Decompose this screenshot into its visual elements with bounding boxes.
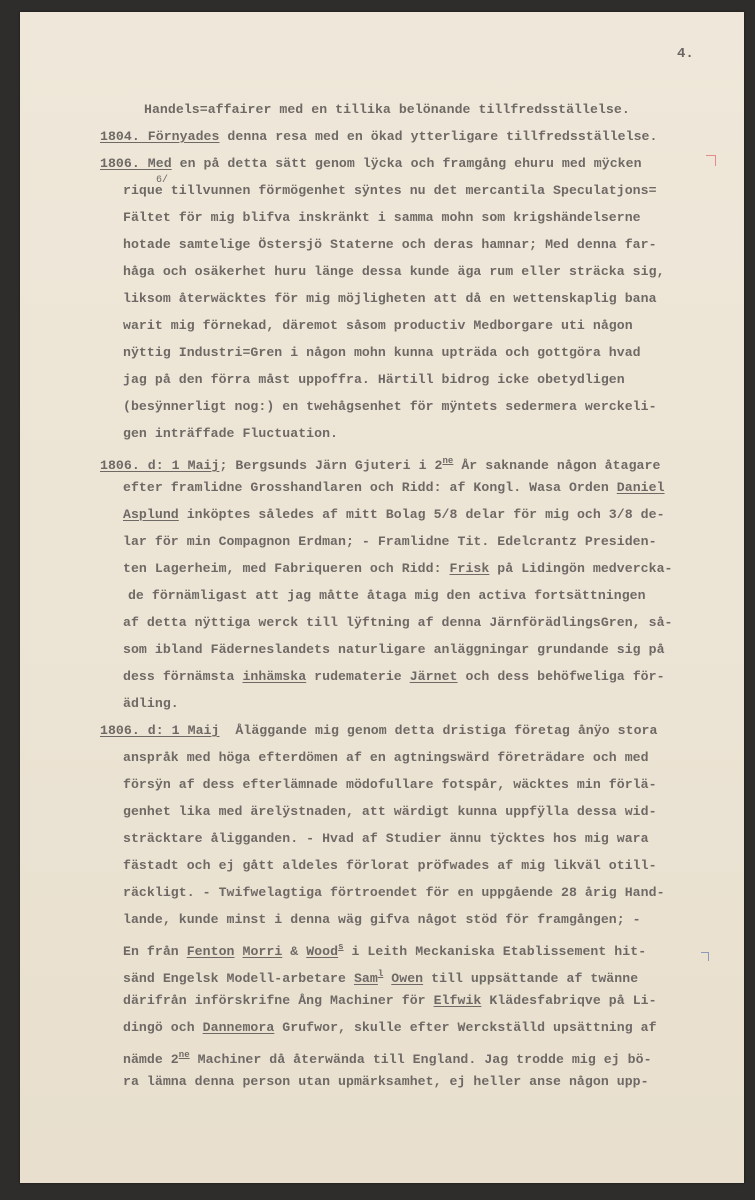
text-line: räckligt. - Twifwelagtiga förtroendet fö…	[123, 885, 665, 901]
text-line: lande, kunde minst i denna wäg gifva någ…	[123, 912, 641, 928]
text-segment: Machiner då återwända till England. Jag …	[190, 1052, 652, 1067]
text-segment: rudematerie	[306, 669, 410, 684]
text-line: nämde 2ne Machiner då återwända till Eng…	[123, 1047, 652, 1068]
underlined-text: Morri	[242, 944, 282, 959]
text-segment: en på detta sätt genom lÿcka och framgån…	[172, 156, 642, 171]
text-segment: lande, kunde minst i denna wäg gifva någ…	[123, 912, 641, 927]
text-segment: som ibland Fäderneslandets naturligare a…	[123, 642, 665, 657]
fraction-annotation: 6/	[156, 175, 168, 186]
text-line: Asplund inköptes således af mitt Bolag 5…	[123, 507, 665, 523]
text-segment: hotade samtelige Östersjö Staterne och d…	[123, 237, 657, 252]
text-line: hotade samtelige Östersjö Staterne och d…	[123, 237, 657, 253]
text-line: rique tillvunnen förmögenhet sÿntes nu d…	[123, 183, 657, 199]
text-segment: håga och osäkerhet huru länge dessa kund…	[123, 264, 665, 279]
text-segment: anspråk med höga efterdömen af en agtnin…	[123, 750, 649, 765]
text-line: 1804. Förnyades denna resa med en ökad y…	[100, 129, 657, 145]
text-segment: i Leith Meckaniska Etablissement hit-	[344, 944, 647, 959]
text-segment: Klädesfabriqve på Li-	[481, 993, 656, 1008]
text-line: gen inträffade Fluctuation.	[123, 426, 338, 442]
text-line: 1806. d: 1 Maij; Bergsunds Järn Gjuteri …	[100, 453, 660, 474]
text-segment: År saknande någon åtagare	[453, 458, 660, 473]
document-page: 4. Handels=affairer med en tillika belön…	[20, 12, 744, 1183]
text-line: dingö och Dannemora Grufwor, skulle efte…	[123, 1020, 657, 1036]
underlined-text: Frisk	[450, 561, 490, 576]
underlined-text: 1804. Förnyades	[100, 129, 219, 144]
text-line: genhet lika med ärelÿstnaden, att wärdig…	[123, 804, 657, 820]
text-line: nÿttig Industri=Gren i någon mohn kunna …	[123, 345, 641, 361]
underlined-text: Daniel	[617, 480, 665, 495]
text-segment: jag på den förra måst uppoffra. Härtill …	[123, 372, 625, 387]
text-line: de förnämligast att jag måtte åtaga mig …	[120, 588, 646, 604]
underlined-text: Wood	[306, 944, 338, 959]
text-line: Fältet för mig blifva inskränkt i samma …	[123, 210, 641, 226]
text-segment: därifrån införskrifne Ång Machiner för	[123, 993, 434, 1008]
text-segment: dess förnämsta	[123, 669, 242, 684]
text-segment: denna resa med en ökad ytterligare tillf…	[219, 129, 657, 144]
text-segment: En från	[123, 944, 187, 959]
underlined-text: 1806. d: 1 Maij	[100, 458, 219, 473]
text-segment: försÿn af dess efterlämnade mödofullare …	[123, 777, 657, 792]
text-segment: nÿttig Industri=Gren i någon mohn kunna …	[123, 345, 641, 360]
text-segment: sträcktare åligganden. - Hvad af Studier…	[123, 831, 649, 846]
text-line: liksom återwäcktes för mig möjligheten a…	[123, 291, 657, 307]
text-line: fästadt och ej gått aldeles förlorat prö…	[123, 858, 657, 874]
text-segment: af detta nÿttiga werck till lÿftning af …	[123, 615, 673, 630]
text-segment: warit mig förnekad, däremot såsom produc…	[123, 318, 633, 333]
underlined-text: inhämska	[242, 669, 306, 684]
superscript-text: ne	[442, 456, 453, 466]
superscript-text: ne	[179, 1050, 190, 1060]
text-line: lar för min Compagnon Erdman; - Framlidn…	[123, 534, 657, 550]
text-line: därifrån införskrifne Ång Machiner för E…	[123, 993, 657, 1009]
text-segment: (besÿnnerligt nog:) en twehågsenhet för …	[123, 399, 657, 414]
text-line: efter framlidne Grosshandlaren och Ridd:…	[123, 480, 665, 496]
text-segment: Åläggande mig genom detta dristiga föret…	[219, 723, 657, 738]
text-segment: Fältet för mig blifva inskränkt i samma …	[123, 210, 641, 225]
text-line: En från Fenton Morri & Woods i Leith Mec…	[123, 939, 646, 960]
underlined-text: Owen	[391, 971, 423, 986]
text-line: Handels=affairer med en tillika belönand…	[144, 102, 630, 118]
text-line: af detta nÿttiga werck till lÿftning af …	[123, 615, 673, 631]
underlined-text: 1806. Med	[100, 156, 172, 171]
text-segment: räckligt. - Twifwelagtiga förtroendet fö…	[123, 885, 665, 900]
text-line: ten Lagerheim, med Fabriqueren och Ridd:…	[123, 561, 673, 577]
underlined-text: Elfwik	[434, 993, 482, 1008]
text-segment: sänd Engelsk Modell-arbetare	[123, 971, 354, 986]
text-segment: till uppsättande af twänne	[423, 971, 638, 986]
text-line: jag på den förra måst uppoffra. Härtill …	[123, 372, 625, 388]
text-segment: ; Bergsunds Järn Gjuteri i 2	[219, 458, 442, 473]
text-line: ra lämna denna person utan upmärksamhet,…	[123, 1074, 649, 1090]
text-line: 1806. d: 1 Maij Åläggande mig genom dett…	[100, 723, 657, 739]
text-line: 1806. Med en på detta sätt genom lÿcka o…	[100, 156, 642, 172]
text-line: försÿn af dess efterlämnade mödofullare …	[123, 777, 657, 793]
text-line: dess förnämsta inhämska rudematerie Järn…	[123, 669, 665, 685]
underlined-text: Järnet	[410, 669, 458, 684]
text-segment: inköptes således af mitt Bolag 5/8 delar…	[179, 507, 665, 522]
text-line: sträcktare åligganden. - Hvad af Studier…	[123, 831, 649, 847]
text-segment: och dess behöfweliga för-	[458, 669, 665, 684]
text-segment: lar för min Compagnon Erdman; - Framlidn…	[123, 534, 657, 549]
text-line: anspråk med höga efterdömen af en agtnin…	[123, 750, 649, 766]
text-line: sänd Engelsk Modell-arbetare Saml Owen t…	[123, 966, 638, 987]
text-line: warit mig förnekad, däremot såsom produc…	[123, 318, 633, 334]
text-line: håga och osäkerhet huru länge dessa kund…	[123, 264, 665, 280]
blue-corner-mark-icon	[701, 952, 709, 961]
underlined-text: Dannemora	[203, 1020, 275, 1035]
text-segment: genhet lika med ärelÿstnaden, att wärdig…	[123, 804, 657, 819]
page-number: 4.	[677, 46, 694, 62]
underlined-text: Fenton	[187, 944, 235, 959]
text-segment: Handels=affairer med en tillika belönand…	[144, 102, 630, 117]
underlined-text: Asplund	[123, 507, 179, 522]
text-segment: Grufwor, skulle efter Werckställd upsätt…	[274, 1020, 656, 1035]
text-segment: gen inträffade Fluctuation.	[123, 426, 338, 441]
text-segment: på Lidingön medvercka-	[489, 561, 672, 576]
text-segment: liksom återwäcktes för mig möjligheten a…	[123, 291, 657, 306]
text-segment: ra lämna denna person utan upmärksamhet,…	[123, 1074, 649, 1089]
underlined-text: Sam	[354, 971, 378, 986]
text-segment: de förnämligast att jag måtte åtaga mig …	[120, 588, 646, 603]
text-segment: &	[282, 944, 306, 959]
text-line: som ibland Fäderneslandets naturligare a…	[123, 642, 665, 658]
text-segment: ädling.	[123, 696, 179, 711]
underlined-text: 1806. d: 1 Maij	[100, 723, 219, 738]
text-segment: nämde 2	[123, 1052, 179, 1067]
text-segment: fästadt och ej gått aldeles förlorat prö…	[123, 858, 657, 873]
text-line: (besÿnnerligt nog:) en twehågsenhet för …	[123, 399, 657, 415]
text-segment: dingö och	[123, 1020, 203, 1035]
text-line: ädling.	[123, 696, 179, 712]
red-corner-mark-icon	[706, 155, 716, 166]
text-segment: rique tillvunnen förmögenhet sÿntes nu d…	[123, 183, 657, 198]
text-segment: efter framlidne Grosshandlaren och Ridd:…	[123, 480, 617, 495]
text-segment: ten Lagerheim, med Fabriqueren och Ridd:	[123, 561, 450, 576]
